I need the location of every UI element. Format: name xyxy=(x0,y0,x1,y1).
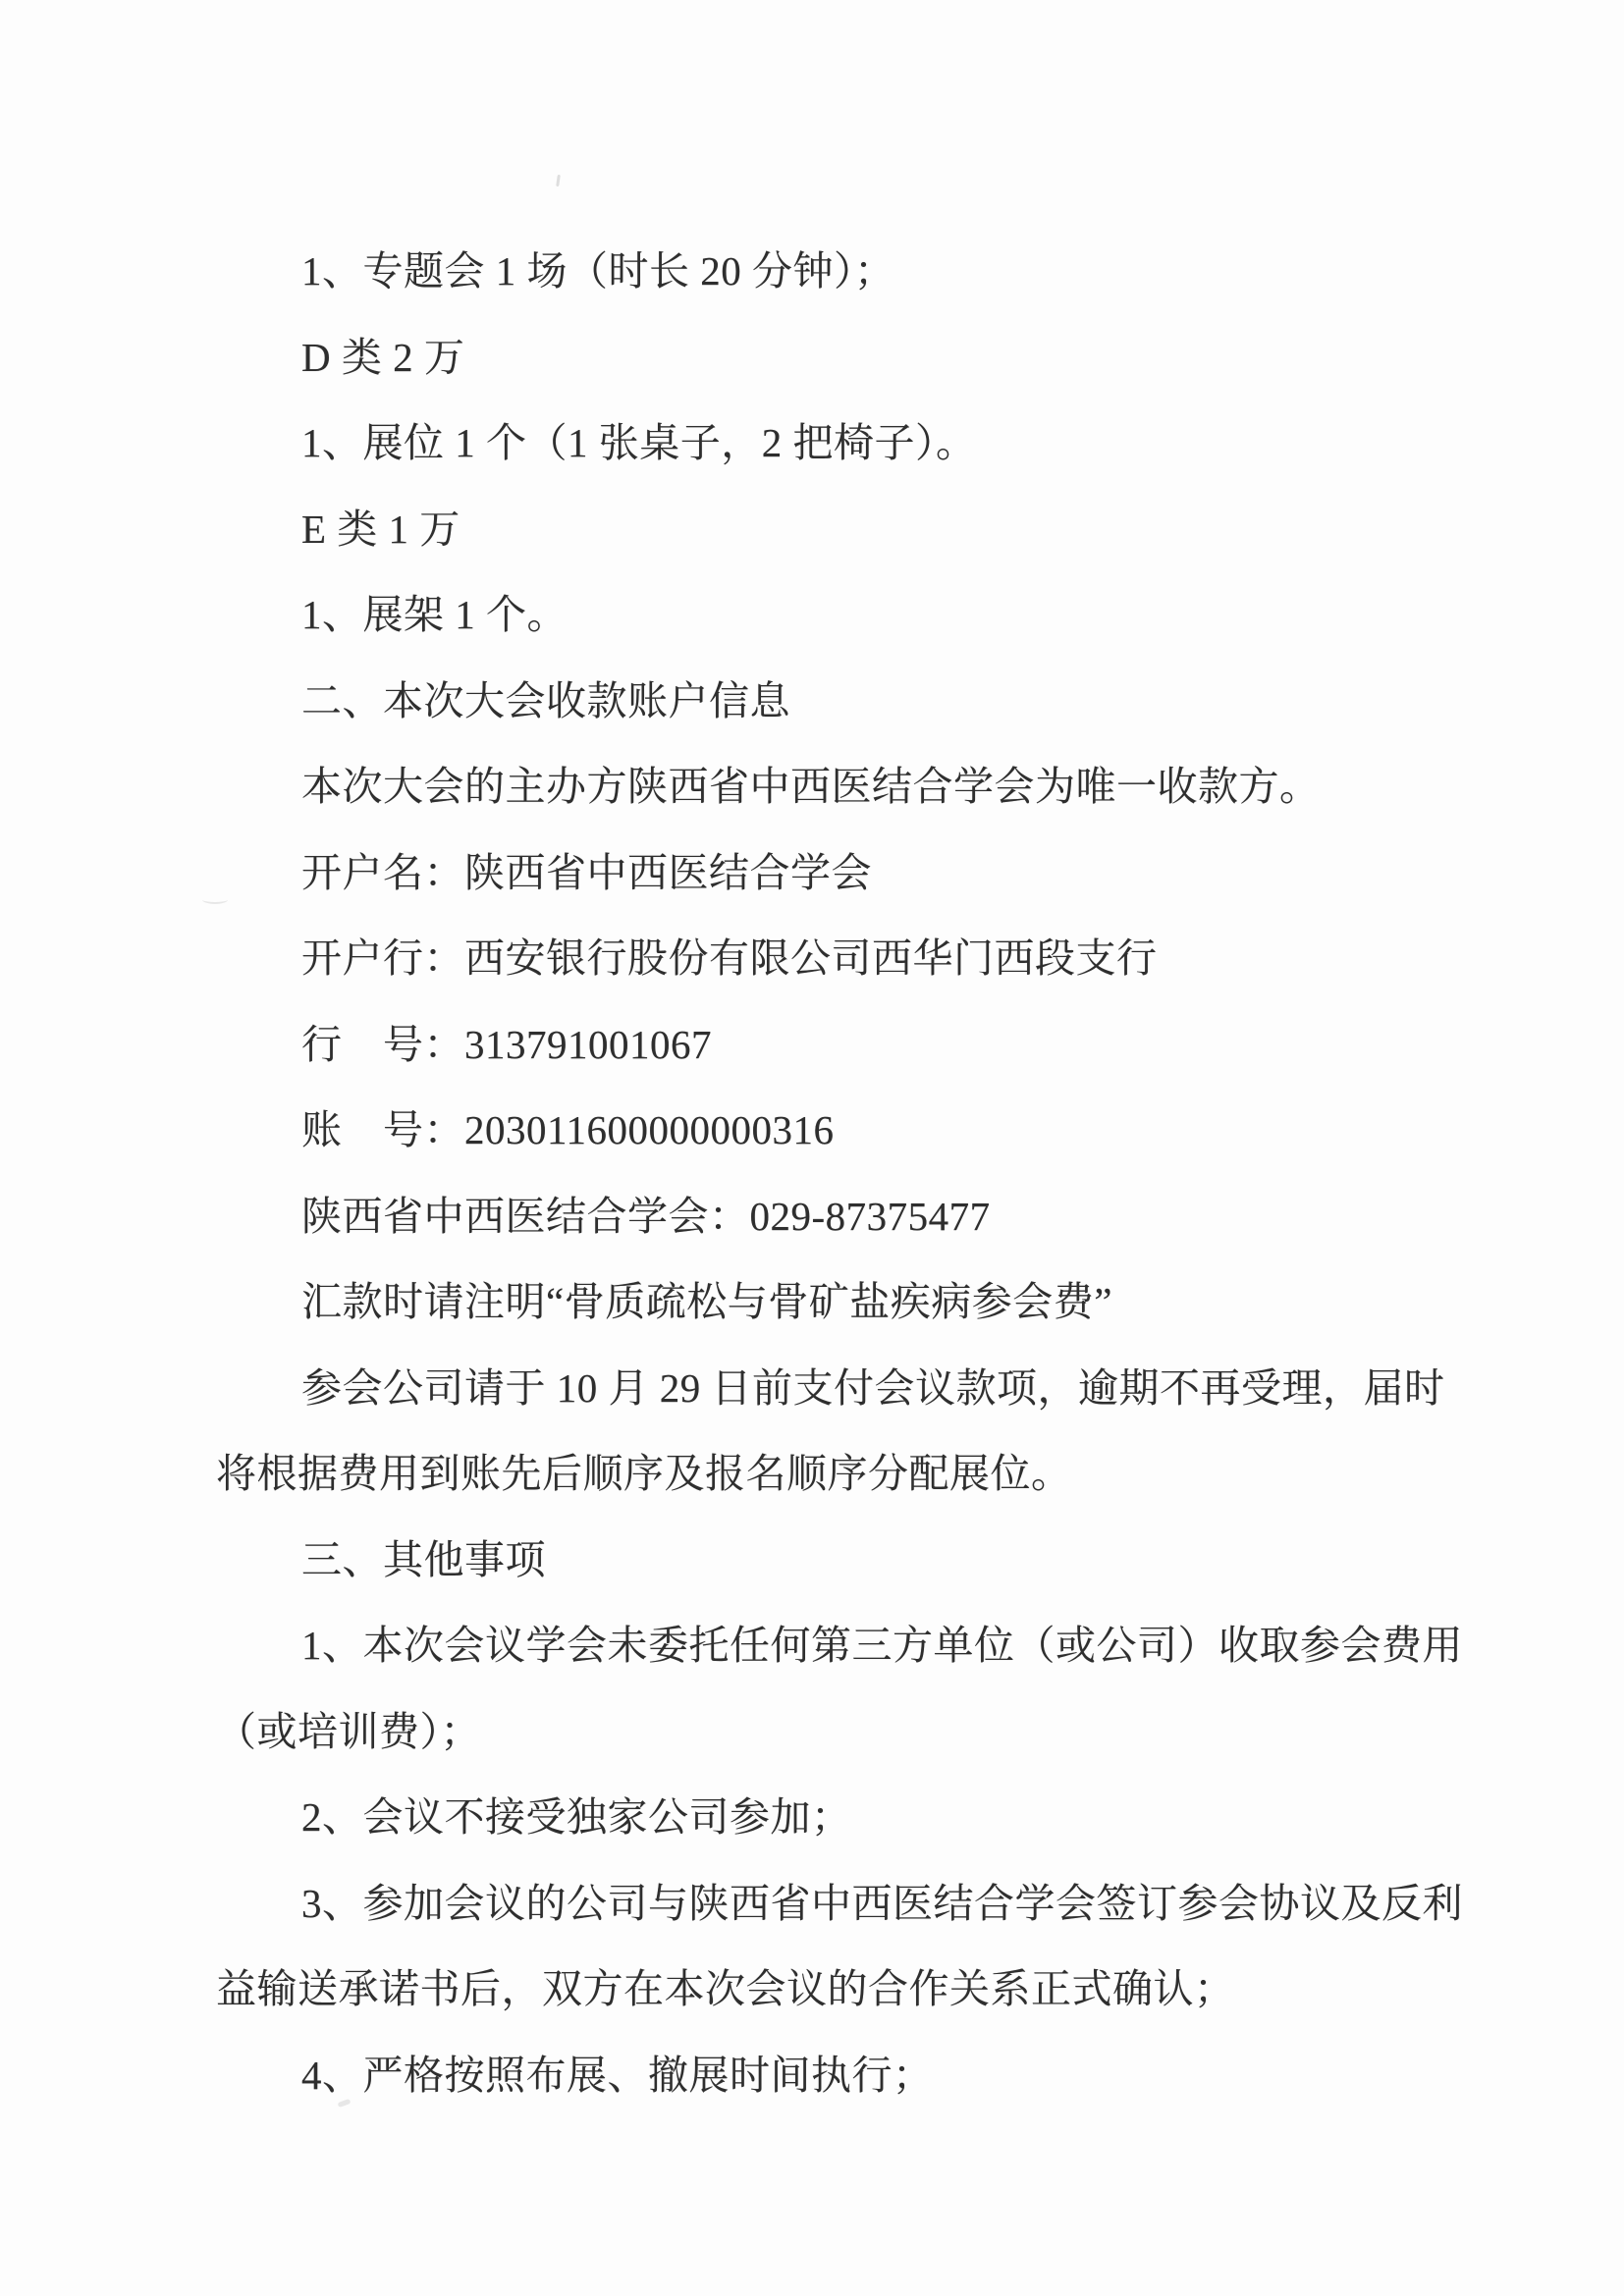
text-line: 开户名：陕西省中西医结合学会 xyxy=(216,830,1414,917)
text-line: 1、本次会议学会未委托任何第三方单位（或公司）收取参会费用 xyxy=(216,1603,1414,1689)
text-line: 二、本次大会收款账户信息 xyxy=(216,659,1414,745)
text-line: 三、其他事项 xyxy=(216,1518,1414,1604)
text-line: 4、严格按照布展、撤展时间执行； xyxy=(216,2033,1414,2119)
text-line: 3、参加会议的公司与陕西省中西医结合学会签订参会协议及反利 xyxy=(216,1861,1414,1948)
text-block: 1、专题会 1 场（时长 20 分钟）；D 类 2 万1、展位 1 个（1 张桌… xyxy=(216,229,1414,2118)
text-line: 将根据费用到账先后顺序及报名顺序分配展位。 xyxy=(216,1431,1414,1518)
text-line: 1、专题会 1 场（时长 20 分钟）； xyxy=(216,229,1414,315)
text-line: 开户行：西安银行股份有限公司西华门西段支行 xyxy=(216,916,1414,1002)
text-line: 本次大会的主办方陕西省中西医结合学会为唯一收款方。 xyxy=(216,744,1414,830)
text-line: 2、会议不接受独家公司参加； xyxy=(216,1775,1414,1861)
text-line: 账 号：203011600000000316 xyxy=(216,1088,1414,1174)
text-line: 益输送承诺书后，双方在本次会议的合作关系正式确认； xyxy=(216,1947,1414,2033)
text-line: 陕西省中西医结合学会：029-87375477 xyxy=(216,1174,1414,1260)
scan-speck xyxy=(556,175,561,187)
text-line: 行 号：313791001067 xyxy=(216,1002,1414,1089)
text-line: （或培训费）； xyxy=(216,1689,1414,1776)
text-line: 1、展位 1 个（1 张桌子，2 把椅子）。 xyxy=(216,400,1414,487)
text-line: 1、展架 1 个。 xyxy=(216,572,1414,659)
text-line: 参会公司请于 10 月 29 日前支付会议款项，逾期不再受理，届时 xyxy=(216,1346,1414,1432)
text-line: D 类 2 万 xyxy=(216,315,1414,401)
document-page: 1、专题会 1 场（时长 20 分钟）；D 类 2 万1、展位 1 个（1 张桌… xyxy=(0,0,1624,2296)
text-line: E 类 1 万 xyxy=(216,487,1414,573)
text-line: 汇款时请注明“骨质疏松与骨矿盐疾病参会费” xyxy=(216,1259,1414,1346)
